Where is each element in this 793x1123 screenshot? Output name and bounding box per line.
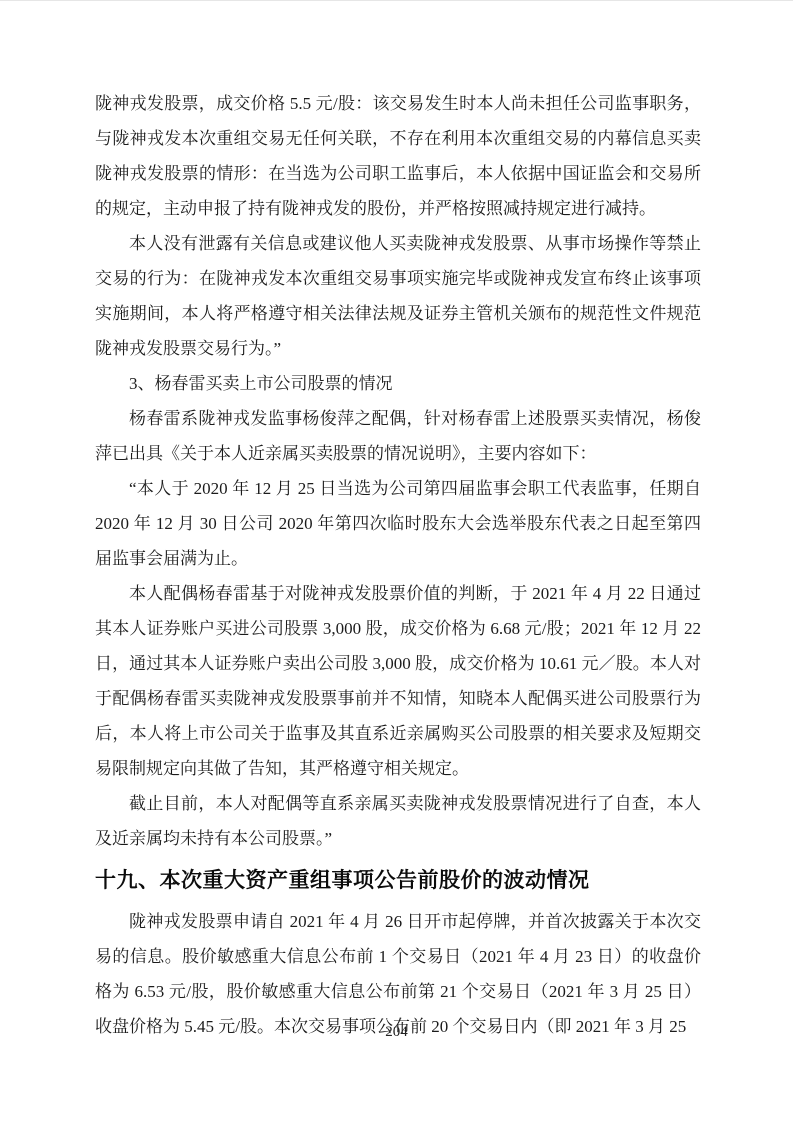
carryover-paragraph: 陇神戎发股票，成交价格 5.5 元/股：该交易发生时本人尚未担任公司监事职务，与… <box>95 86 701 226</box>
paragraph-statement-election: “本人于 2020 年 12 月 25 日当选为公司第四届监事会职工代表监事，任… <box>95 471 701 576</box>
paragraph-spouse-intro: 杨春雷系陇神戎发监事杨俊萍之配偶，针对杨春雷上述股票买卖情况，杨俊萍已出具《关于… <box>95 401 701 471</box>
section-heading-19: 十九、本次重大资产重组事项公告前股价的波动情况 <box>95 866 701 896</box>
page-number: 204 <box>0 1024 793 1041</box>
paragraph-statement-selfcheck: 截止目前，本人对配偶等直系亲属买卖陇神戎发股票情况进行了自查，本人及近亲属均未持… <box>95 786 701 856</box>
item-heading-3: 3、杨春雷买卖上市公司股票的情况 <box>95 366 701 401</box>
document-page: 陇神戎发股票，成交价格 5.5 元/股：该交易发生时本人尚未担任公司监事职务，与… <box>0 0 793 1123</box>
paragraph-no-disclosure: 本人没有泄露有关信息或建议他人买卖陇神戎发股票、从事市场操作等禁止交易的行为：在… <box>95 226 701 366</box>
paragraph-statement-trades: 本人配偶杨春雷基于对陇神戎发股票价值的判断，于 2021 年 4 月 22 日通… <box>95 576 701 786</box>
page-content: 陇神戎发股票，成交价格 5.5 元/股：该交易发生时本人尚未担任公司监事职务，与… <box>95 86 701 1044</box>
paragraph-price-fluctuation: 陇神戎发股票申请自 2021 年 4 月 26 日开市起停牌，并首次披露关于本次… <box>95 904 701 1044</box>
